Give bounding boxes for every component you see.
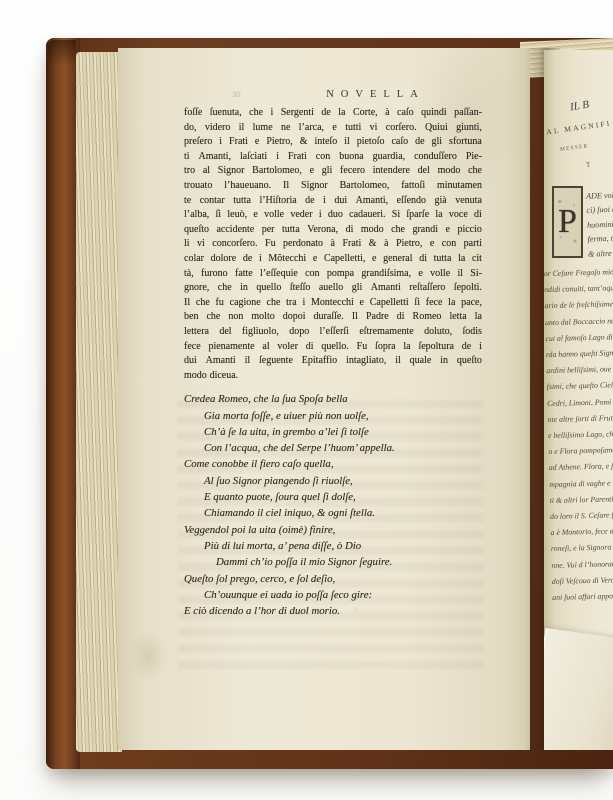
right-page-sliver: IL B AL MAGNIFI MESSER T P ADE volteci) … bbox=[544, 50, 613, 750]
novella-body-text: foſſeſuenuta,cheiSergentidelaCorte,àcaſo… bbox=[184, 106, 482, 383]
text-fragment: roneſi, e la Signora Goſ bbox=[551, 539, 613, 557]
right-page-addressee-fragment: MESSER bbox=[560, 143, 589, 152]
text-fragment: huomini Ven bbox=[587, 217, 613, 233]
text-fragment: ad Athene. Flora, e ſe bbox=[549, 458, 613, 476]
text-fragment: o e Flora pompoſamente bbox=[548, 442, 613, 460]
text-fragment: nte altre ſorti di Frutti bbox=[547, 410, 613, 428]
right-page-text-lines: or Ceſare Fregoſo mio Pndidi conuiti, ta… bbox=[544, 264, 613, 606]
text-fragment: ſsimi, che queſto Cielo p bbox=[547, 377, 613, 395]
left-page: 30 NOVELLA foſſeſuenuta,cheiSergentidela… bbox=[118, 48, 530, 750]
header-row: 30 NOVELLA bbox=[184, 88, 482, 101]
text-fragment: nne. Vui d l’honorauate bbox=[551, 556, 613, 574]
text-fragment: cui al famoſo Lago di B bbox=[545, 329, 613, 347]
book: 30 NOVELLA foſſeſuenuta,cheiSergentidela… bbox=[46, 38, 613, 769]
text-fragment: ani ſuoi affari appo l bbox=[552, 588, 613, 606]
right-page-line-fragment: T bbox=[586, 161, 591, 169]
photo-background: 30 NOVELLA foſſeſuenuta,cheiSergentidela… bbox=[0, 0, 613, 800]
text-fragment: a è Montorio, fece an bbox=[550, 523, 613, 541]
text-fragment: ndidi conuiti, tant’oqu bbox=[544, 280, 613, 298]
text-fragment: e belliſsimo Lago, che bbox=[548, 426, 613, 444]
text-fragment: ferma, tra li bbox=[587, 232, 613, 248]
text-fragment: ADE volte bbox=[586, 188, 613, 204]
woodcut-initial: P bbox=[552, 186, 583, 258]
page-curl bbox=[544, 628, 613, 750]
book-spine-board bbox=[46, 38, 80, 769]
text-fragment: ario de le freſchiſsime e bbox=[544, 296, 613, 314]
text-fragment: unto dal Boccaccio nel bbox=[545, 313, 613, 331]
right-page-title-fragment: IL B bbox=[569, 99, 590, 114]
drop-cap-letter: P bbox=[558, 203, 577, 241]
text-fragment: or Ceſare Fregoſo mio P bbox=[544, 264, 613, 282]
right-page-opening-lines: ADE volteci) ſuoi auhuomini Venferma, tr… bbox=[586, 188, 613, 261]
text-fragment: doſi Veſcouo di Verona, bbox=[552, 572, 613, 590]
text-fragment: ardini belliſsimi, oue ſo bbox=[546, 361, 613, 379]
text-fragment: mpagnia di vaghe e bell bbox=[549, 475, 613, 493]
text-fragment: Cedri, Limoni, Pomi gra bbox=[547, 394, 613, 412]
text-fragment: ci) ſuoi au bbox=[586, 203, 613, 219]
text-fragment: do loro il S. Ceſare fatto bbox=[550, 507, 613, 525]
page-edges-left bbox=[76, 52, 122, 752]
text-fragment: & altre Don bbox=[588, 246, 613, 262]
text-fragment: ti & altri lor Parenti & bbox=[549, 491, 613, 509]
showthrough-texture bbox=[178, 400, 483, 675]
running-header: NOVELLA bbox=[223, 88, 521, 101]
right-page-dedication-fragment: AL MAGNIFI bbox=[546, 118, 612, 136]
text-fragment: rda hanno queſti Signo bbox=[546, 345, 613, 363]
